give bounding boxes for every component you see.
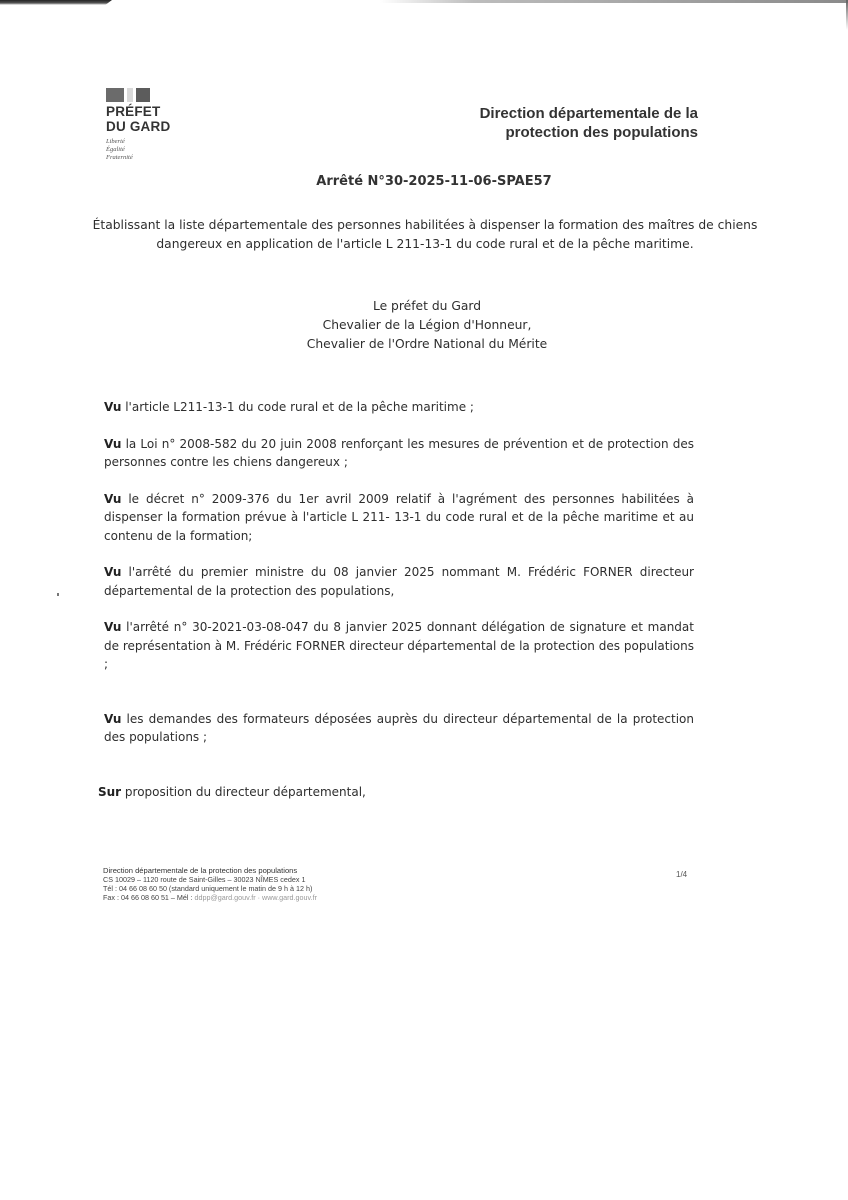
marianne-flag-icon <box>106 88 170 102</box>
logo-name-line2: DU GARD <box>106 119 170 134</box>
service-line1: Direction départementale de la <box>480 104 698 123</box>
motto-fraternite: Fraternité <box>106 154 170 162</box>
visa-item: Vu les demandes des formateurs déposées … <box>104 710 694 747</box>
footer-phone: Tél : 04 66 08 60 50 (standard uniquemen… <box>103 884 317 893</box>
footer-service: Direction départementale de la protectio… <box>103 866 317 875</box>
scan-edge-shadow <box>0 0 112 5</box>
prefet-title: Le préfet du Gard <box>6 297 848 316</box>
page-footer: Direction départementale de la protectio… <box>103 866 317 902</box>
scan-edge-shadow <box>380 0 848 3</box>
prefet-honor-2: Chevalier de l'Ordre National du Mérite <box>6 335 848 354</box>
visa-item: Vu l'article L211-13-1 du code rural et … <box>104 398 694 417</box>
footer-website-link[interactable]: www.gard.gouv.fr <box>262 893 317 902</box>
footer-email-link[interactable]: ddpp@gard.gouv.fr <box>195 893 256 902</box>
logo-name-line1: PRÉFET <box>106 104 170 119</box>
issuing-service: Direction départementale de la protectio… <box>480 104 698 142</box>
motto-liberte: Liberté <box>106 138 170 146</box>
visa-item: Vu l'arrêté n° 30-2021-03-08-047 du 8 ja… <box>104 618 694 674</box>
visa-item: Vu l'arrêté du premier ministre du 08 ja… <box>104 563 694 600</box>
motto-egalite: Égalité <box>106 146 170 154</box>
visas-list: Vu l'article L211-13-1 du code rural et … <box>104 398 694 801</box>
prefet-block: Le préfet du Gard Chevalier de la Légion… <box>0 297 848 354</box>
prefet-honor-1: Chevalier de la Légion d'Honneur, <box>6 316 848 335</box>
proposition-line: Sur proposition du directeur département… <box>98 783 694 802</box>
republic-motto: Liberté Égalité Fraternité <box>106 138 170 162</box>
footer-fax: Fax : 04 66 08 60 51 – Mél : <box>103 893 195 902</box>
service-line2: protection des populations <box>480 123 698 142</box>
prefecture-logo: PRÉFET DU GARD Liberté Égalité Fraternit… <box>106 88 170 162</box>
footer-contact: Fax : 04 66 08 60 51 – Mél : ddpp@gard.g… <box>103 893 317 902</box>
page-number: 1/4 <box>676 870 687 879</box>
visa-item: Vu la Loi n° 2008-582 du 20 juin 2008 re… <box>104 435 694 472</box>
document-subject: Établissant la liste départementale des … <box>90 216 760 254</box>
visa-item: Vu le décret n° 2009-376 du 1er avril 20… <box>104 490 694 546</box>
scan-speck <box>57 593 59 596</box>
footer-address: CS 10029 – 1120 route de Saint-Gilles – … <box>103 875 317 884</box>
document-title: Arrêté N°30-2025-11-06-SPAE57 <box>0 174 848 189</box>
